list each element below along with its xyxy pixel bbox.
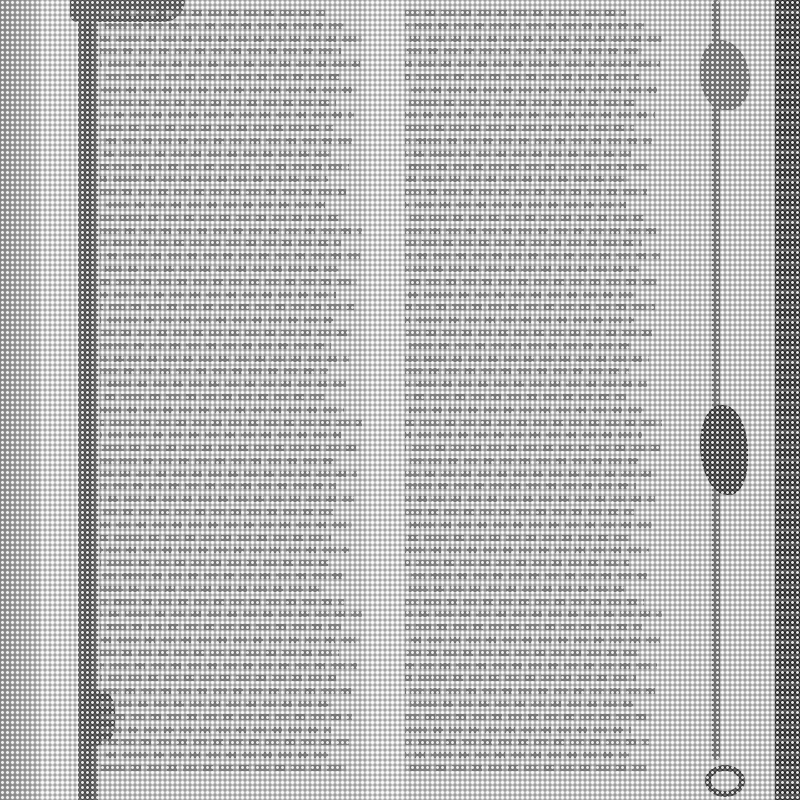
manuscript-page bbox=[0, 0, 800, 800]
text-line bbox=[100, 317, 333, 323]
text-line bbox=[100, 176, 328, 182]
text-line bbox=[100, 330, 352, 336]
text-line bbox=[100, 624, 341, 630]
text-line bbox=[100, 253, 360, 259]
page-right-edge bbox=[775, 0, 800, 800]
text-line bbox=[100, 701, 333, 707]
text-line bbox=[100, 74, 339, 80]
text-line bbox=[405, 279, 657, 285]
text-line bbox=[405, 23, 644, 29]
text-line bbox=[405, 368, 629, 374]
text-line bbox=[405, 36, 662, 42]
text-line bbox=[100, 509, 333, 515]
text-line bbox=[100, 535, 331, 541]
text-line bbox=[405, 650, 639, 656]
text-line bbox=[100, 445, 360, 451]
text-line bbox=[100, 381, 346, 387]
text-line bbox=[405, 663, 657, 669]
text-line bbox=[100, 87, 357, 93]
text-line bbox=[405, 112, 655, 118]
text-line bbox=[100, 573, 346, 579]
column-gutter bbox=[365, 0, 405, 800]
text-line bbox=[100, 765, 346, 771]
right-vine-ornament bbox=[712, 0, 720, 760]
text-line bbox=[405, 496, 655, 502]
text-line bbox=[405, 765, 647, 771]
text-line bbox=[405, 739, 649, 745]
text-line bbox=[405, 471, 657, 477]
text-line bbox=[100, 650, 339, 656]
text-line bbox=[405, 522, 652, 528]
text-line bbox=[405, 87, 657, 93]
text-line bbox=[100, 125, 333, 131]
text-line bbox=[405, 535, 631, 541]
text-line bbox=[405, 611, 662, 617]
text-line bbox=[100, 151, 331, 157]
text-line bbox=[100, 164, 349, 170]
text-line bbox=[100, 368, 328, 374]
text-line bbox=[100, 483, 336, 489]
text-line bbox=[100, 304, 354, 310]
text-line bbox=[100, 112, 354, 118]
text-line bbox=[405, 573, 647, 579]
text-line bbox=[405, 560, 629, 566]
text-line bbox=[405, 509, 634, 515]
text-line bbox=[100, 266, 339, 272]
text-line bbox=[405, 10, 626, 16]
page-left-edge bbox=[0, 0, 40, 800]
text-line bbox=[405, 240, 642, 246]
left-decorative-border bbox=[78, 0, 98, 800]
text-line bbox=[405, 151, 631, 157]
left-margin bbox=[40, 0, 78, 800]
text-line bbox=[405, 432, 642, 438]
text-line bbox=[100, 663, 357, 669]
text-line bbox=[405, 586, 626, 592]
text-line bbox=[405, 624, 642, 630]
text-line bbox=[405, 343, 631, 349]
text-line bbox=[100, 138, 352, 144]
text-line bbox=[100, 611, 362, 617]
text-line bbox=[405, 445, 660, 451]
text-line bbox=[405, 458, 639, 464]
text-line bbox=[100, 343, 331, 349]
text-line bbox=[405, 599, 644, 605]
text-line bbox=[100, 471, 357, 477]
text-line bbox=[405, 752, 629, 758]
text-line bbox=[100, 292, 336, 298]
text-line bbox=[405, 407, 644, 413]
text-line bbox=[100, 10, 325, 16]
vine-bottom-spiral bbox=[705, 765, 745, 797]
text-line bbox=[100, 547, 349, 553]
text-line bbox=[100, 420, 362, 426]
text-line bbox=[405, 215, 644, 221]
text-line bbox=[405, 330, 652, 336]
text-line bbox=[405, 100, 636, 106]
text-line bbox=[405, 675, 636, 681]
text-line bbox=[405, 317, 634, 323]
text-line bbox=[405, 714, 652, 720]
text-line bbox=[405, 189, 647, 195]
text-line bbox=[100, 48, 341, 54]
text-line bbox=[405, 637, 660, 643]
text-line bbox=[100, 100, 336, 106]
text-line bbox=[405, 483, 636, 489]
text-line bbox=[405, 356, 649, 362]
text-column-right bbox=[405, 10, 665, 800]
text-line bbox=[100, 599, 344, 605]
text-line bbox=[100, 714, 352, 720]
text-line bbox=[405, 420, 662, 426]
text-line bbox=[405, 164, 649, 170]
text-line bbox=[405, 547, 649, 553]
text-line bbox=[405, 304, 655, 310]
text-line bbox=[100, 675, 336, 681]
text-line bbox=[405, 394, 626, 400]
text-line bbox=[100, 727, 331, 733]
text-line bbox=[405, 292, 636, 298]
text-line bbox=[100, 432, 341, 438]
text-line bbox=[100, 36, 362, 42]
text-line bbox=[100, 61, 360, 67]
text-column-left bbox=[100, 10, 365, 800]
text-line bbox=[405, 74, 639, 80]
text-line bbox=[405, 727, 631, 733]
text-line bbox=[100, 240, 341, 246]
text-line bbox=[100, 407, 344, 413]
text-line bbox=[100, 688, 354, 694]
text-line bbox=[405, 381, 647, 387]
text-line bbox=[405, 253, 660, 259]
text-line bbox=[100, 356, 349, 362]
text-line bbox=[405, 266, 639, 272]
text-line bbox=[100, 394, 325, 400]
text-line bbox=[405, 125, 634, 131]
text-line bbox=[405, 701, 634, 707]
text-line bbox=[100, 560, 328, 566]
text-line bbox=[405, 202, 626, 208]
text-line bbox=[100, 228, 362, 234]
text-line bbox=[100, 586, 325, 592]
text-line bbox=[100, 458, 339, 464]
text-line bbox=[405, 61, 660, 67]
right-margin bbox=[665, 0, 775, 800]
text-line bbox=[100, 496, 354, 502]
text-line bbox=[100, 23, 344, 29]
text-line bbox=[100, 202, 325, 208]
text-line bbox=[100, 189, 346, 195]
text-line bbox=[405, 48, 642, 54]
text-line bbox=[100, 215, 344, 221]
text-line bbox=[100, 279, 357, 285]
text-line bbox=[100, 739, 349, 745]
text-line bbox=[405, 176, 629, 182]
text-line bbox=[100, 522, 352, 528]
text-line bbox=[405, 688, 655, 694]
text-line bbox=[100, 637, 360, 643]
text-line bbox=[100, 752, 328, 758]
text-line bbox=[405, 228, 662, 234]
text-line bbox=[405, 138, 652, 144]
